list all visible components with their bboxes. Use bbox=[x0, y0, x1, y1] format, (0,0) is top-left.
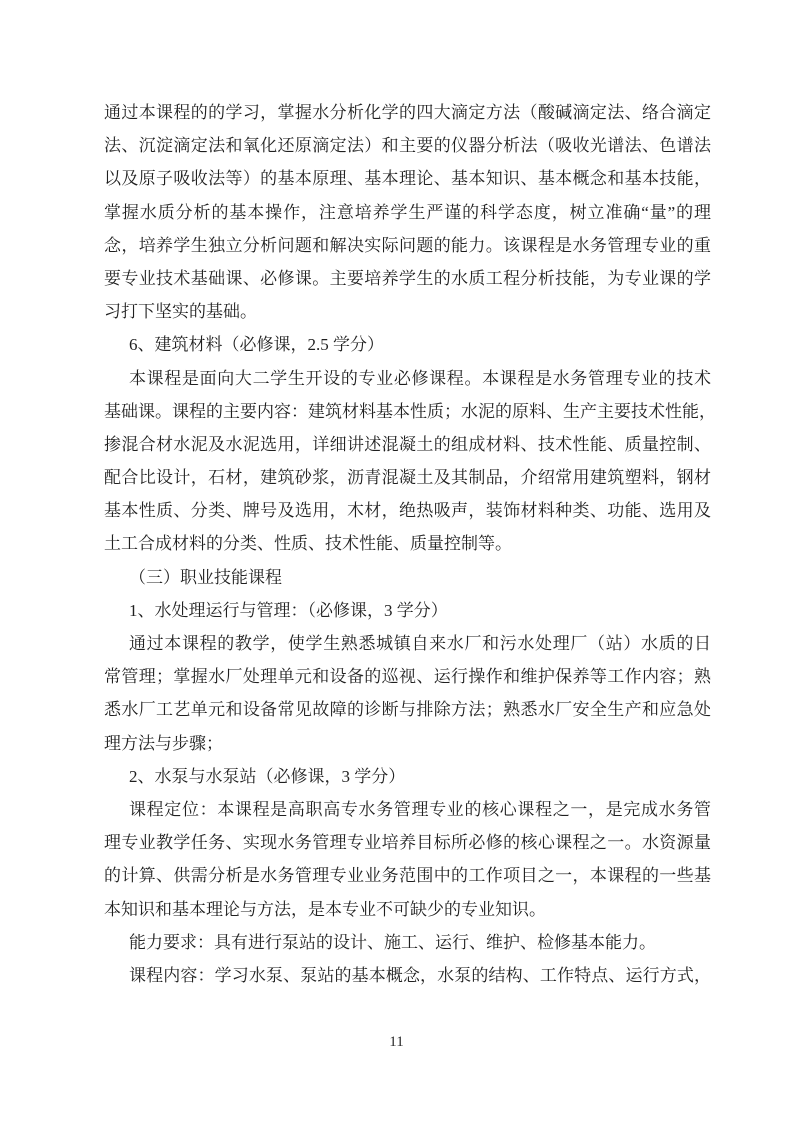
heading-line: 2、水泵与水泵站（必修课，3 学分） bbox=[104, 760, 711, 793]
paragraph-line: 法、沉淀滴定法和氧化还原滴定法）和主要的仪器分析法（吸收光谱法、色谱法 bbox=[104, 129, 711, 162]
paragraph-line: 本知识和基本理论与方法，是本专业不可缺少的专业知识。 bbox=[104, 893, 711, 926]
paragraph-line: 要专业技术基础课、必修课。主要培养学生的水质工程分析技能，为专业课的学 bbox=[104, 262, 711, 295]
paragraph-line: 理专业教学任务、实现水务管理专业培养目标所必修的核心课程之一。水资源量 bbox=[104, 826, 711, 859]
document-body: 通过本课程的的学习，掌握水分析化学的四大滴定方法（酸碱滴定法、络合滴定法、沉淀滴… bbox=[104, 96, 711, 992]
paragraph-line: 习打下坚实的基础。 bbox=[104, 295, 711, 328]
document-page: 通过本课程的的学习，掌握水分析化学的四大滴定方法（酸碱滴定法、络合滴定法、沉淀滴… bbox=[0, 0, 793, 1122]
heading-line: 6、建筑材料（必修课，2.5 学分） bbox=[104, 328, 711, 361]
paragraph-line: 念，培养学生独立分析问题和解决实际问题的能力。该课程是水务管理专业的重 bbox=[104, 229, 711, 262]
paragraph-line: 理方法与步骤； bbox=[104, 727, 711, 760]
page-number: 11 bbox=[0, 1031, 793, 1053]
paragraph-line: 通过本课程的的学习，掌握水分析化学的四大滴定方法（酸碱滴定法、络合滴定 bbox=[104, 96, 711, 129]
paragraph-line: 配合比设计，石材，建筑砂浆，沥青混凝土及其制品，介绍常用建筑塑料，钢材 bbox=[104, 461, 711, 494]
paragraph-line: 掺混合材水泥及水泥选用，详细讲述混凝土的组成材料、技术性能、质量控制、 bbox=[104, 428, 711, 461]
paragraph-line: 悉水厂工艺单元和设备常见故障的诊断与排除方法；熟悉水厂安全生产和应急处 bbox=[104, 693, 711, 726]
paragraph-line: 课程内容：学习水泵、泵站的基本概念，水泵的结构、工作特点、运行方式， bbox=[104, 959, 711, 992]
heading-line: 1、水处理运行与管理：（必修课，3 学分） bbox=[104, 594, 711, 627]
paragraph-line: 掌握水质分析的基本操作，注意培养学生严谨的科学态度，树立准确“量”的理 bbox=[104, 196, 711, 229]
paragraph-line: 课程定位：本课程是高职高专水务管理专业的核心课程之一，是完成水务管 bbox=[104, 793, 711, 826]
heading-line: （三）职业技能课程 bbox=[104, 561, 711, 594]
paragraph-line: 通过本课程的教学，使学生熟悉城镇自来水厂和污水处理厂（站）水质的日 bbox=[104, 627, 711, 660]
paragraph-line: 以及原子吸收法等）的基本原理、基本理论、基本知识、基本概念和基本技能， bbox=[104, 162, 711, 195]
paragraph-line: 土工合成材料的分类、性质、技术性能、质量控制等。 bbox=[104, 527, 711, 560]
paragraph-line: 基本性质、分类、牌号及选用，木材，绝热吸声，装饰材料种类、功能、选用及 bbox=[104, 494, 711, 527]
paragraph-line: 的计算、供需分析是水务管理专业业务范围中的工作项目之一，本课程的一些基 bbox=[104, 859, 711, 892]
paragraph-line: 能力要求：具有进行泵站的设计、施工、运行、维护、检修基本能力。 bbox=[104, 926, 711, 959]
paragraph-line: 本课程是面向大二学生开设的专业必修课程。本课程是水务管理专业的技术 bbox=[104, 362, 711, 395]
paragraph-line: 常管理；掌握水厂处理单元和设备的巡视、运行操作和维护保养等工作内容；熟 bbox=[104, 660, 711, 693]
paragraph-line: 基础课。课程的主要内容：建筑材料基本性质；水泥的原料、生产主要技术性能， bbox=[104, 395, 711, 428]
